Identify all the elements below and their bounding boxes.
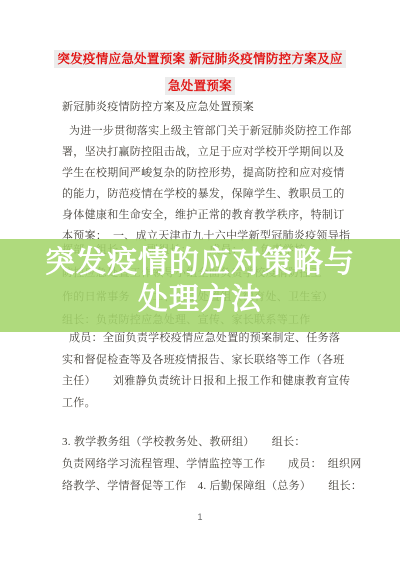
paragraph-groups-line: 负责网络学习流程管理、学情监控等工作 成员： 组织网 xyxy=(62,453,352,475)
title-line-1: 突发疫情应急处置预案 新冠肺炎疫情防控方案及应 xyxy=(54,50,345,68)
paragraph-intro: 为进一步贯彻落实上级主管部门关于新冠肺炎防控工作部 署，坚决打赢防控阻击战，立足… xyxy=(62,121,352,247)
paragraph-intro-line: 署，坚决打赢防控阻击战，立足于应对学校开学期间以及 xyxy=(62,142,352,163)
document-subtitle: 新冠肺炎疫情防控方案及应急处置预案 xyxy=(62,98,254,114)
document-title: 突发疫情应急处置预案 新冠肺炎疫情防控方案及应 急处置预案 xyxy=(18,46,382,100)
paragraph-members: 成员：全面负责学校疫情应急处置的预案制定、任务落 实和督促检查等及各班疫情报告、… xyxy=(62,328,352,414)
page-number: 1 xyxy=(0,512,400,522)
paragraph-members-line: 工作。 xyxy=(62,393,352,415)
paragraph-groups-line: 络教学、学情督促等工作 4. 后勤保障组（总务） 组长： xyxy=(62,475,352,497)
paragraph-members-line: 实和督促检查等及各班疫情报告、家长联络等工作（各班 xyxy=(62,350,352,372)
paragraph-groups: 3. 教学教务组（学校教务处、教研组） 组长： 负责网络学习流程管理、学情监控等… xyxy=(62,431,352,497)
paragraph-intro-line: 的能力，防范疫情在学校的暴发，保障学生、教职员工的 xyxy=(62,184,352,205)
paragraph-groups-line: 3. 教学教务组（学校教务处、教研组） 组长： xyxy=(62,431,352,453)
paragraph-members-line: 主任） 刘雅静负责统计日报和上报工作和健康教育宣传 xyxy=(62,371,352,393)
overlay-headline-line-2: 处理方法 xyxy=(0,281,400,318)
paragraph-intro-line: 身体健康和生命安全，维护正常的教育教学秩序，特制订 xyxy=(62,205,352,226)
overlay-headline: 突发疫情的应对策略与 处理方法 xyxy=(0,244,400,318)
paragraph-intro-line: 学生在校期间严峻复杂的防控形势，提高防控和应对疫情 xyxy=(62,163,352,184)
title-line-2: 急处置预案 xyxy=(165,77,235,95)
paragraph-intro-line: 为进一步贯彻落实上级主管部门关于新冠肺炎防控工作部 xyxy=(62,121,352,142)
overlay-headline-line-1: 突发疫情的应对策略与 xyxy=(0,244,400,281)
document-page: 突发疫情应急处置预案 新冠肺炎疫情防控方案及应 急处置预案 新冠肺炎疫情防控方案… xyxy=(0,0,400,566)
